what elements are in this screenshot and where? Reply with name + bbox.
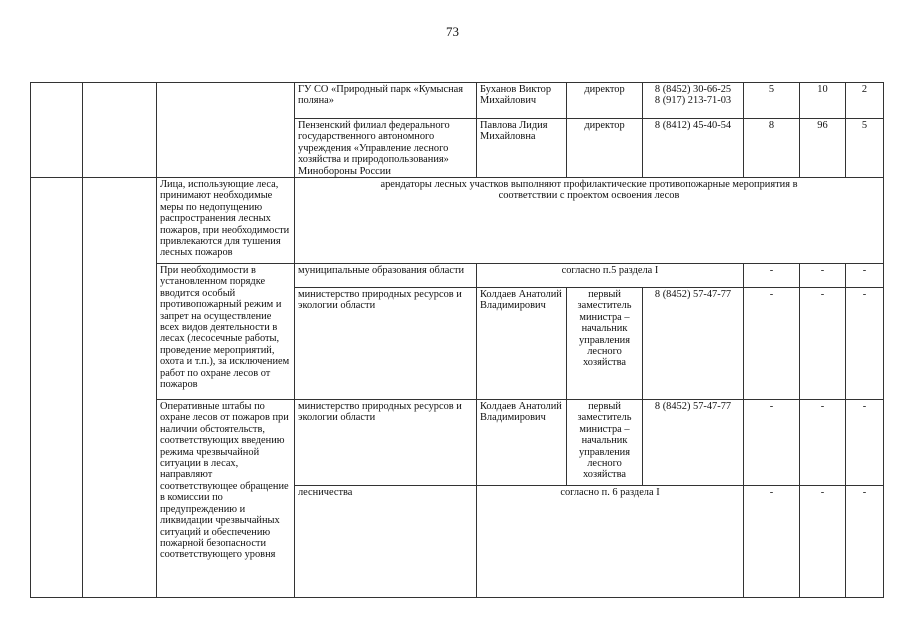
page-number: 73 [0,24,905,40]
cell-measure-empty [157,83,295,178]
value-a: 8 [744,119,800,178]
value-b: - [800,288,846,400]
person-name: Павлова Лидия Михайловна [477,119,567,178]
value-b: - [800,486,846,598]
value-c: - [846,264,884,288]
table-row: Лица, использующие леса, принимают необх… [31,178,884,264]
measure-text: Лица, использующие леса, принимают необх… [157,178,295,264]
phone: 8 (8412) 45-40-54 [643,119,744,178]
cell-group [83,83,157,178]
value-c: - [846,288,884,400]
position: первый заместитель министра – начальник … [567,400,643,486]
value-a: - [744,264,800,288]
value-b: - [800,400,846,486]
cell-num [31,83,83,178]
position: первый заместитель министра – начальник … [567,288,643,400]
position: директор [567,83,643,119]
value-a: - [744,400,800,486]
value-a: 5 [744,83,800,119]
reference: согласно п. 6 раздела I [477,486,744,598]
table-row: Оперативные штабы по охране лесов от пож… [31,400,884,486]
value-b: 10 [800,83,846,119]
reference: согласно п.5 раздела I [477,264,744,288]
value-c: - [846,400,884,486]
person-name: Колдаев Анатолий Владимирович [477,288,567,400]
person-name: Колдаев Анатолий Владимирович [477,400,567,486]
value-b: 96 [800,119,846,178]
org-name: лесничества [295,486,477,598]
value-c: 2 [846,83,884,119]
cell-num [31,178,83,598]
responsibility-table: ГУ СО «Природный парк «Кумысная поляна» … [30,82,884,598]
person-name: Буханов Виктор Михайлович [477,83,567,119]
value-c: 5 [846,119,884,178]
phone: 8 (8452) 57-47-77 [643,288,744,400]
phone: 8 (8452) 30-66-258 (917) 213-71-03 [643,83,744,119]
table-row: ГУ СО «Природный парк «Кумысная поляна» … [31,83,884,119]
org-name: ГУ СО «Природный парк «Кумысная поляна» [295,83,477,119]
org-name: министерство природных ресурсов и эколог… [295,400,477,486]
org-name: Пензенский филиал федерального государст… [295,119,477,178]
table-row: При необходимости в установленном порядк… [31,264,884,288]
org-name: муниципальные образования области [295,264,477,288]
cell-group [83,178,157,598]
org-name: министерство природных ресурсов и эколог… [295,288,477,400]
position: директор [567,119,643,178]
measure-text: При необходимости в установленном порядк… [157,264,295,400]
value-b: - [800,264,846,288]
merged-note: арендаторы лесных участков выполняют про… [295,178,884,264]
value-a: - [744,288,800,400]
value-a: - [744,486,800,598]
measure-text: Оперативные штабы по охране лесов от пож… [157,400,295,598]
value-c: - [846,486,884,598]
phone: 8 (8452) 57-47-77 [643,400,744,486]
